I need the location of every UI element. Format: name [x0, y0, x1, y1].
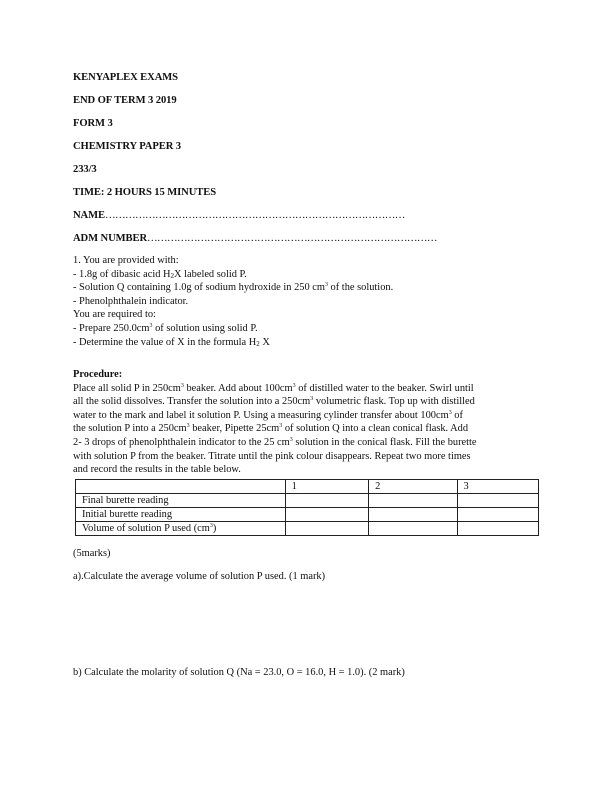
answer-cell[interactable]: [457, 508, 538, 522]
table-row: Final burette reading: [76, 494, 539, 508]
table-header-cell: 2: [369, 480, 457, 494]
table-header-cell: [76, 480, 286, 494]
name-dots: ………………………………………………………………………………: [105, 210, 405, 221]
subject-title: CHEMISTRY PAPER 3: [73, 141, 181, 152]
table-header-cell: 1: [285, 480, 368, 494]
procedure-section: Procedure: Place all solid P in 250cm3 b…: [73, 368, 543, 477]
adm-dots: ……………………………………………………………………………: [147, 233, 437, 244]
answer-cell[interactable]: [285, 522, 368, 536]
q1-required: You are required to:: [73, 308, 543, 322]
procedure-line: and record the results in the table belo…: [73, 463, 543, 477]
procedure-line: water to the mark and label it solution …: [73, 409, 543, 423]
exam-term: END OF TERM 3 2019: [73, 95, 177, 106]
row-label: Volume of solution P used (cm3): [76, 522, 286, 536]
question-part-a: a).Calculate the average volume of solut…: [73, 571, 325, 582]
name-label: NAME: [73, 210, 105, 221]
procedure-line: the solution P into a 250cm3 beaker, Pip…: [73, 422, 543, 436]
answer-cell[interactable]: [369, 522, 457, 536]
procedure-line: Place all solid P in 250cm3 beaker. Add …: [73, 382, 543, 396]
paper-code: 233/3: [73, 164, 97, 175]
answer-cell[interactable]: [285, 508, 368, 522]
q1-intro: 1. You are provided with:: [73, 254, 543, 268]
q1-req-determine: - Determine the value of X in the formul…: [73, 336, 543, 350]
table-row: Initial burette reading: [76, 508, 539, 522]
answer-cell[interactable]: [457, 494, 538, 508]
adm-number-field[interactable]: ADM NUMBER……………………………………………………………………………: [73, 233, 437, 244]
answer-cell[interactable]: [285, 494, 368, 508]
exam-duration: TIME: 2 HOURS 15 MINUTES: [73, 187, 216, 198]
answer-cell[interactable]: [369, 494, 457, 508]
table-header-cell: 3: [457, 480, 538, 494]
table-header-row: 1 2 3: [76, 480, 539, 494]
procedure-line: 2- 3 drops of phenolphthalein indicator …: [73, 436, 543, 450]
procedure-text: Place all solid P in 250cm3 beaker. Add …: [73, 382, 543, 477]
name-field[interactable]: NAME………………………………………………………………………………: [73, 210, 405, 221]
q1-req-prepare: - Prepare 250.0cm3 of solution using sol…: [73, 322, 543, 336]
q1-item-solid-p: - 1.8g of dibasic acid H2X labeled solid…: [73, 268, 543, 282]
row-label: Final burette reading: [76, 494, 286, 508]
question-part-b: b) Calculate the molarity of solution Q …: [73, 667, 405, 678]
marks-note: (5marks): [73, 548, 111, 559]
answer-cell[interactable]: [369, 508, 457, 522]
org-name: KENYAPLEX EXAMS: [73, 72, 178, 83]
question-1-materials: 1. You are provided with: - 1.8g of diba…: [73, 254, 543, 349]
q1-item-indicator: - Phenolphthalein indicator.: [73, 295, 543, 309]
procedure-line: with solution P from the beaker. Titrate…: [73, 450, 543, 464]
procedure-line: all the solid dissolves. Transfer the so…: [73, 395, 543, 409]
procedure-title: Procedure:: [73, 368, 543, 382]
form-level: FORM 3: [73, 118, 113, 129]
table-row: Volume of solution P used (cm3): [76, 522, 539, 536]
row-label: Initial burette reading: [76, 508, 286, 522]
answer-cell[interactable]: [457, 522, 538, 536]
adm-label: ADM NUMBER: [73, 233, 147, 244]
results-table: 1 2 3 Final burette reading Initial bure…: [75, 479, 539, 536]
q1-item-solution-q: - Solution Q containing 1.0g of sodium h…: [73, 281, 543, 295]
